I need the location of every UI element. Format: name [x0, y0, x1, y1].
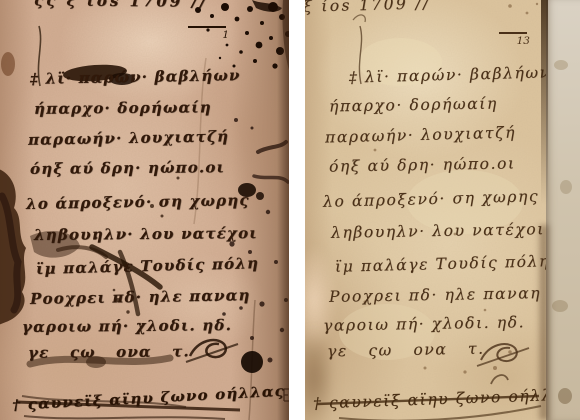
manuscript-line: γε ςω ονα τ.	[28, 342, 190, 361]
manuscript-line: όηξ αύ δρη· ηώπο.οι	[329, 154, 516, 175]
manuscript-line: ήπαρχο· δορήωαίη	[34, 98, 212, 118]
left-photo: ςς ξ ίos 1709 // 1 ‡ λϊ· παρών· βαβλήων …	[0, 0, 289, 420]
date-line: ξ ίos 1709 //	[305, 0, 431, 16]
manuscript-line: όηξ αύ δρη· ηώπο.οι	[30, 158, 225, 178]
manuscript-line: Ροοχρει πδ· ηλε παναη	[329, 284, 541, 306]
left-stain-layer	[0, 0, 289, 420]
page-number-value: 1	[222, 29, 229, 41]
manuscript-line: γε ςω ονα τ.	[327, 340, 485, 361]
manuscript-line: ‡ λϊ· παρών· βαβλήων	[349, 63, 551, 86]
book-fore-edge	[546, 0, 580, 420]
spine-gutter-line	[541, 0, 548, 205]
page-number: 1	[188, 26, 226, 28]
manuscript-line: γαροιω πή· χλοδι. ηδ.	[22, 316, 232, 336]
left-photo-gutter-shadow	[277, 0, 289, 420]
footer-line: † ςαυνεϊξ αϊηυ ζωνο οήλλας	[12, 382, 286, 413]
page-number-rule	[499, 32, 527, 34]
spine-gutter-shadow	[537, 225, 551, 420]
manuscript-line: ϊμ παλάγε Τουδίς πόλη	[335, 252, 550, 276]
manuscript-line: ϊμ παλάγε Τουδίς πόλη	[36, 254, 259, 278]
page-number: 13	[499, 32, 527, 34]
manuscript-line: γαροιω πή· χλοδι. ηδ.	[323, 313, 525, 335]
manuscript-line: λο άπροξενό· ση χωρης	[26, 191, 250, 213]
fore-edge-spot	[560, 180, 572, 194]
manuscript-line: παραωήν· λουχιατζή	[325, 124, 516, 147]
right-photo: ξ ίos 1709 // 13 ον ‡ λϊ· παρών· βαβλήων…	[305, 0, 580, 420]
manuscript-line: ληβουηλν· λου νατέχοι	[331, 220, 545, 242]
manuscript-line: παραωήν· λουχιατζή	[28, 127, 229, 149]
manuscript-line: Ροοχρει πδ· ηλε παναη	[30, 286, 251, 308]
manuscript-line: ήπαρχο· δορήωαίη	[329, 95, 498, 116]
manuscript-line: ληβουηλν· λου νατέχοι	[34, 224, 258, 244]
paper-grain	[0, 0, 289, 420]
manuscript-line: ‡ λϊ· παρών· βαβλήων	[30, 66, 241, 88]
manuscript-line: λο άπροξενό· ση χωρης	[323, 187, 540, 211]
manuscript-photo-comparison: ςς ξ ίos 1709 // 1 ‡ λϊ· παρών· βαβλήων …	[0, 0, 580, 420]
fore-edge-spot	[552, 300, 568, 312]
date-line: ςς ξ ίos 1709 //	[34, 0, 209, 11]
fore-edge-spot	[558, 388, 572, 404]
page-number-value: 13	[517, 35, 530, 47]
page-shadow	[305, 328, 335, 420]
fore-edge-spot	[554, 60, 568, 70]
page-number-rule	[188, 26, 226, 28]
